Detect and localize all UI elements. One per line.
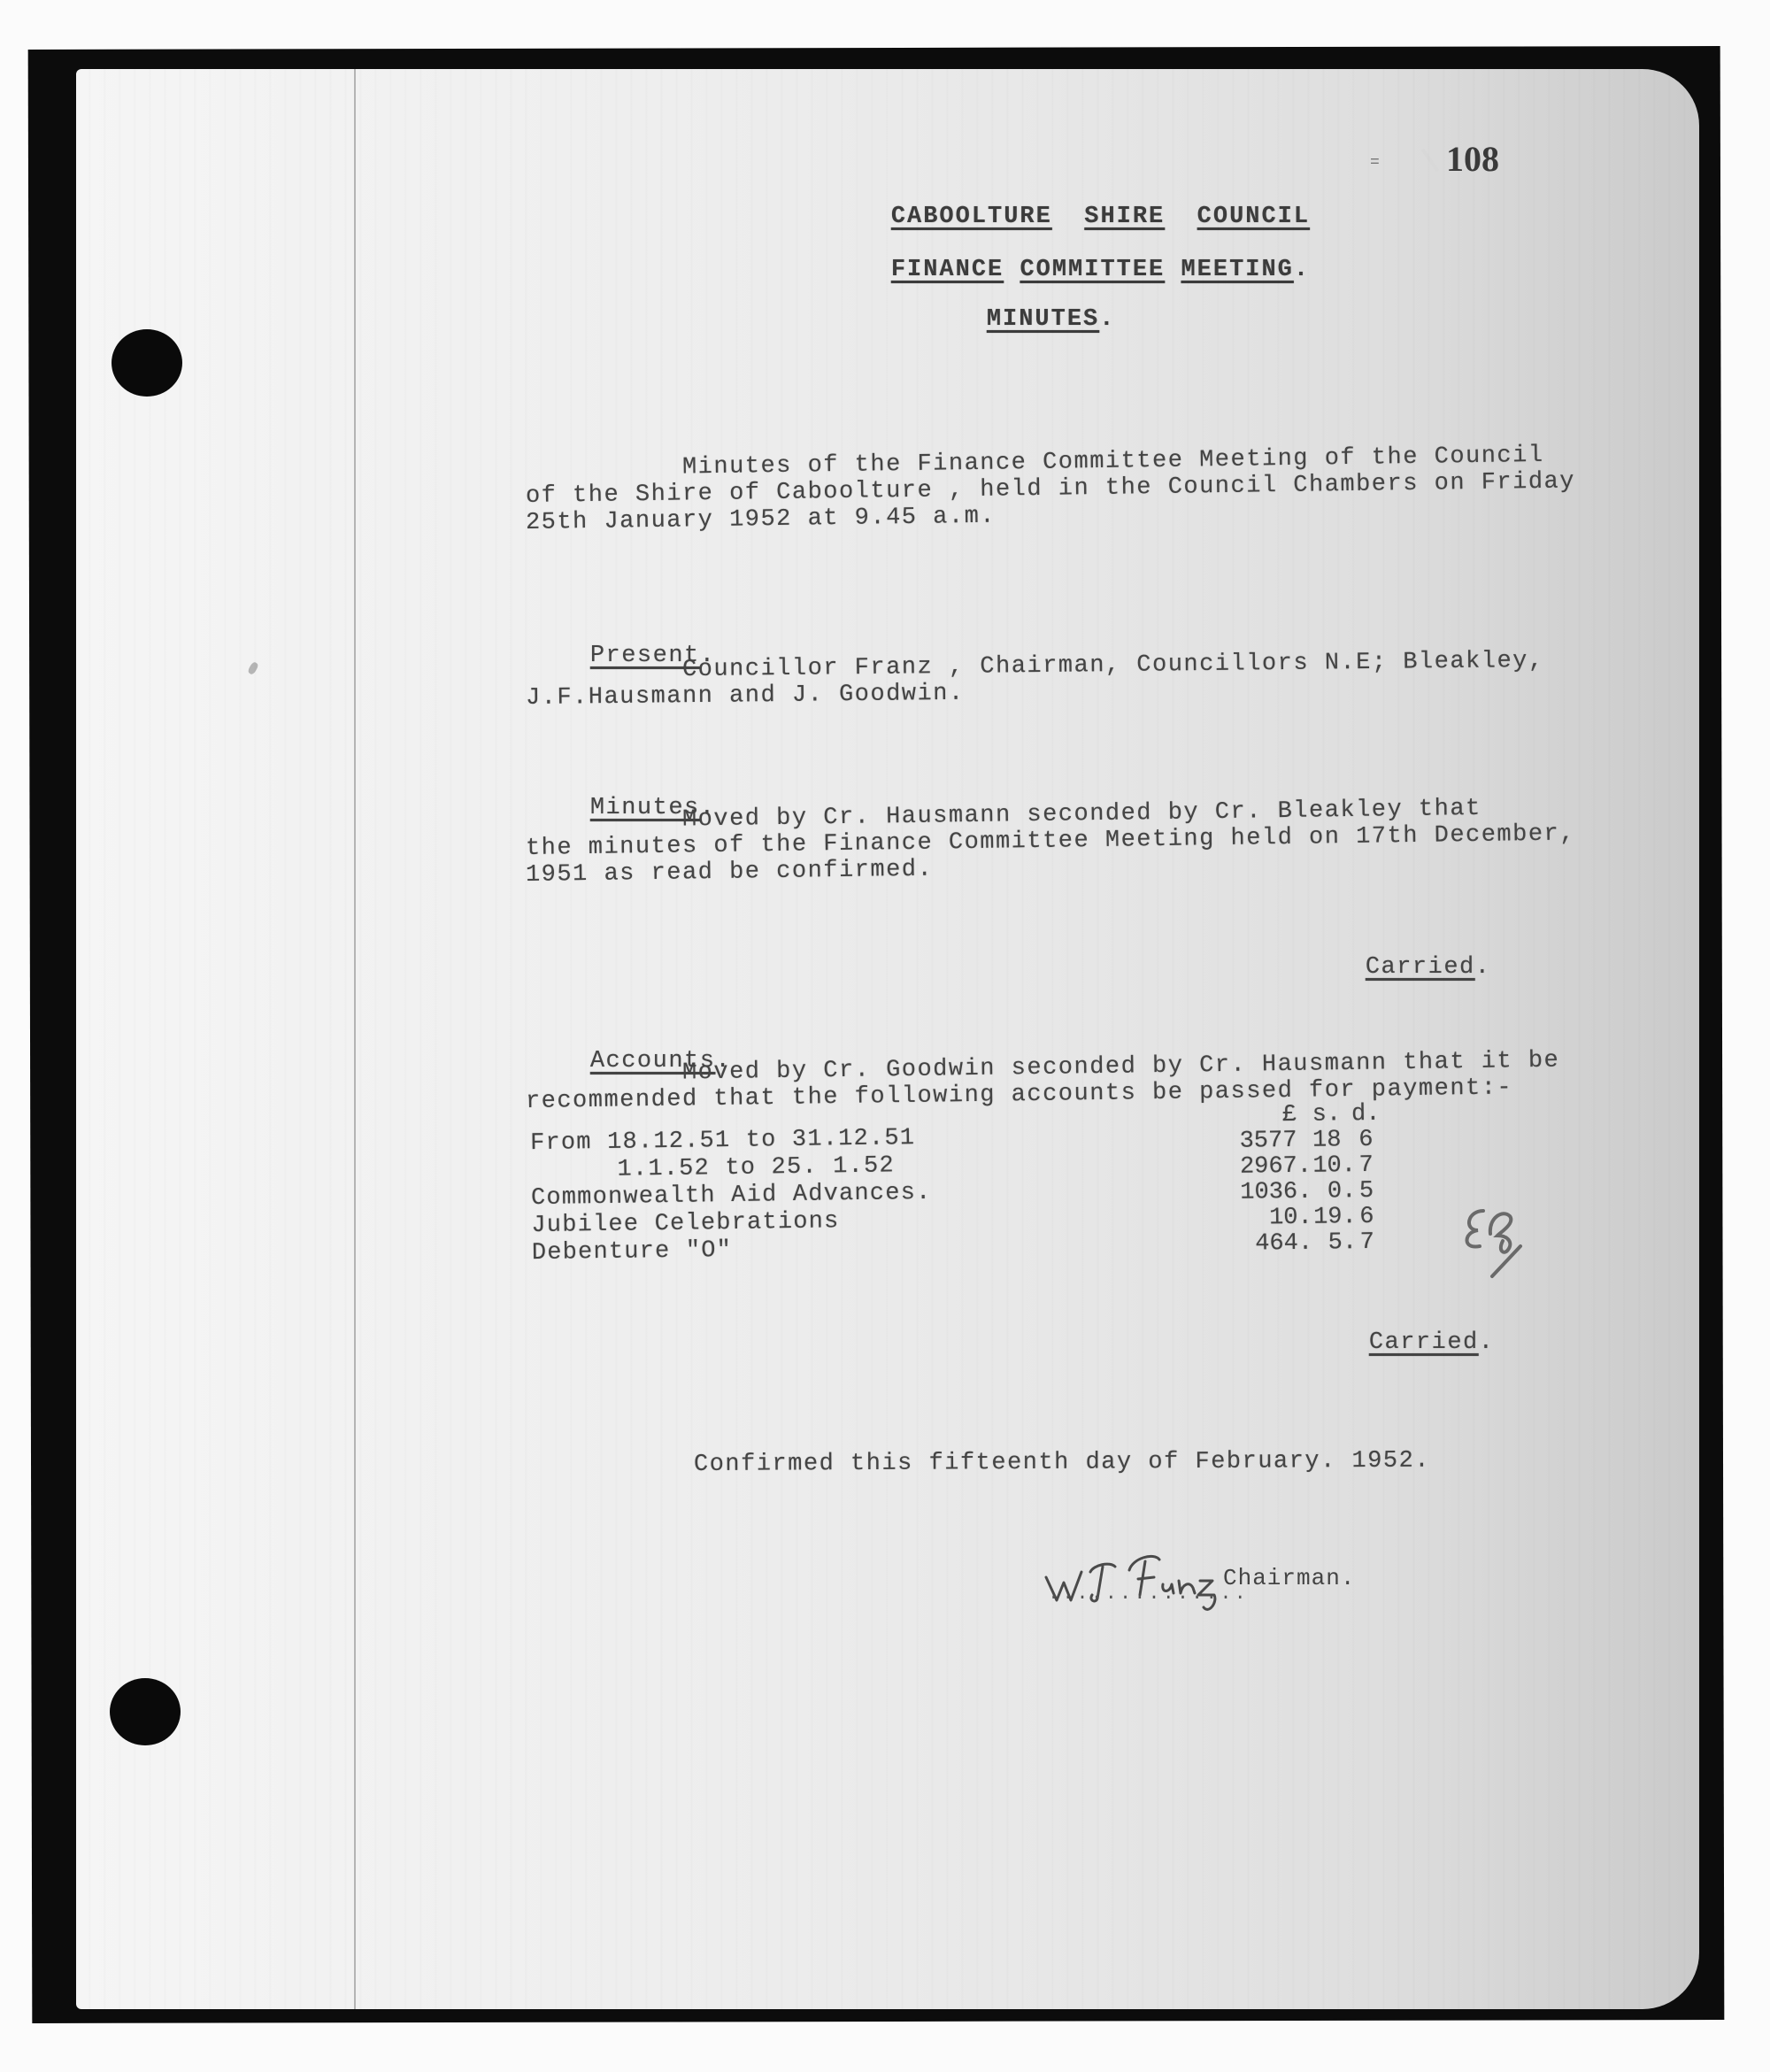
intro-line-3: 25th January 1952 at 9.45 a.m. xyxy=(526,504,996,536)
stray-ink-mark xyxy=(247,661,259,675)
account-label: Commonwealth Aid Advances. xyxy=(531,1180,932,1213)
header-word: MEETING xyxy=(1181,257,1293,283)
header-word: CABOOLTURE xyxy=(891,204,1052,230)
punch-hole-icon xyxy=(112,329,182,397)
signature-title: Chairman. xyxy=(1223,1565,1355,1591)
folio-slash-mark xyxy=(1421,149,1439,173)
accounts-amounts: £ s. d. 3577 18 6 2967 . 10 . 7 1036 . 0… xyxy=(1215,1102,1374,1258)
amount-row: 2967 . 10 . 7 xyxy=(1216,1153,1374,1181)
header-line-3: MINUTES. xyxy=(922,280,1115,359)
folio-number: 108 xyxy=(1446,138,1499,180)
accounts-carried: Carried. xyxy=(1306,1303,1494,1383)
amount-row: 3577 18 6 xyxy=(1215,1128,1373,1155)
amount-column-headers: £ s. d. xyxy=(1215,1102,1373,1129)
handwritten-initials-icon: EB xyxy=(1457,1191,1563,1289)
page-title: MINUTES xyxy=(987,306,1099,333)
punch-hole-icon xyxy=(110,1678,181,1745)
account-label: Debenture "O" xyxy=(532,1235,933,1267)
header-word: SHIRE xyxy=(1084,204,1165,230)
minutes-line-3: 1951 as read be confirmed. xyxy=(526,857,934,889)
amount-row: 1036 . 0 . 5 xyxy=(1216,1179,1374,1206)
confirmation-line: Confirmed this fifteenth day of February… xyxy=(694,1448,1430,1478)
signature-dotted-line: .............. xyxy=(1048,1583,1249,1605)
header-word: COUNCIL xyxy=(1197,204,1310,230)
amount-row: 10 . 19 . 6 xyxy=(1216,1205,1374,1232)
folio-stamp-mark: = xyxy=(1370,154,1380,172)
document-page: = 108 CABOOLTURE SHIRE COUNCIL FINANCE C… xyxy=(76,69,1699,2009)
accounts-labels: From 18.12.51 to 31.12.51 1.1.52 to 25. … xyxy=(530,1125,933,1267)
amount-row: 464 . 5 . 7 xyxy=(1217,1230,1374,1258)
chairman-signature-icon: W. T. Franz xyxy=(1041,1545,1227,1616)
minutes-carried: Carried. xyxy=(1303,928,1490,1007)
present-line-2: J.F.Hausmann and J. Goodwin. xyxy=(526,681,965,712)
binding-margin-line xyxy=(354,69,356,2009)
